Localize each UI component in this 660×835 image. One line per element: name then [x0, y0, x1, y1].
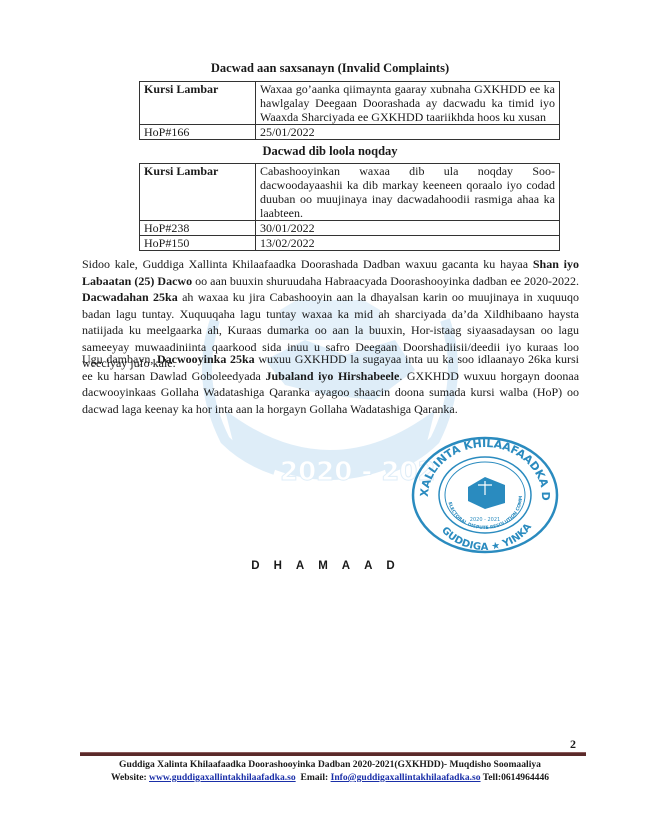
bold-text: Jubaland iyo Hirshabeele [265, 369, 399, 383]
footer-rule [80, 752, 586, 756]
date-cell: 30/01/2022 [256, 221, 560, 236]
bold-text: Dacwooyinka 25ka [157, 352, 255, 366]
invalid-complaints-table: Kursi Lambar Waxaa go’aanka qiimaynta ga… [139, 81, 560, 140]
text: oo aan buuxin shuruudaha Habraacyada Doo… [192, 274, 579, 288]
paragraph-conclusion: Ugu dambayn, Dacwooyinka 25ka wuxuu GXKH… [82, 351, 579, 417]
header-kursi-lambar: Kursi Lambar [140, 164, 256, 221]
withdrawn-complaints-table: Kursi Lambar Cabashooyinkan waxaa dib ul… [139, 163, 560, 251]
official-stamp-icon: XALLINTA KHILAAFAADKA DOORASHO GUDDIGA ★… [410, 435, 560, 555]
table-header-row: Kursi Lambar Cabashooyinkan waxaa dib ul… [140, 164, 560, 221]
table-row: HoP#238 30/01/2022 [140, 221, 560, 236]
text: Sidoo kale, Guddiga Xallinta Khilaafaadk… [82, 257, 533, 271]
text: Ugu dambayn, [82, 352, 157, 366]
date-cell: 13/02/2022 [256, 236, 560, 251]
section-title-invalid-complaints: Dacwad aan saxsanayn (Invalid Complaints… [0, 61, 660, 76]
header-kursi-lambar: Kursi Lambar [140, 82, 256, 125]
email-link[interactable]: Info@guddigaxallintakhilaafadka.so [331, 772, 481, 783]
email-label: Email: [300, 772, 330, 783]
table-header-row: Kursi Lambar Waxaa go’aanka qiimaynta ga… [140, 82, 560, 125]
seat-cell: HoP#150 [140, 236, 256, 251]
seat-cell: HoP#166 [140, 125, 256, 140]
svg-text:2020 - 2021: 2020 - 2021 [470, 517, 500, 523]
end-marker: DHAMAAD [0, 560, 660, 572]
table-row: HoP#166 25/01/2022 [140, 125, 560, 140]
footer-contacts: Website: www.guddigaxallintakhilaafadka.… [0, 772, 660, 783]
bold-text: Dacwadahan 25ka [82, 290, 178, 304]
section-title-withdrawn: Dacwad dib loola noqday [0, 144, 660, 159]
seat-cell: HoP#238 [140, 221, 256, 236]
page-number: 2 [570, 737, 576, 752]
website-link[interactable]: www.guddigaxallintakhilaafadka.so [149, 772, 296, 783]
website-label: Website: [111, 772, 149, 783]
footer-organization: Guddiga Xalinta Khilaafaadka Doorashooyi… [0, 759, 660, 770]
date-cell: 25/01/2022 [256, 125, 560, 140]
table-row: HoP#150 13/02/2022 [140, 236, 560, 251]
header-description: Cabashooyinkan waxaa dib ula noqday Soo-… [256, 164, 560, 221]
telephone: Tell:0614964446 [483, 772, 549, 783]
header-description: Waxaa go’aanka qiimaynta gaaray xubnaha … [256, 82, 560, 125]
